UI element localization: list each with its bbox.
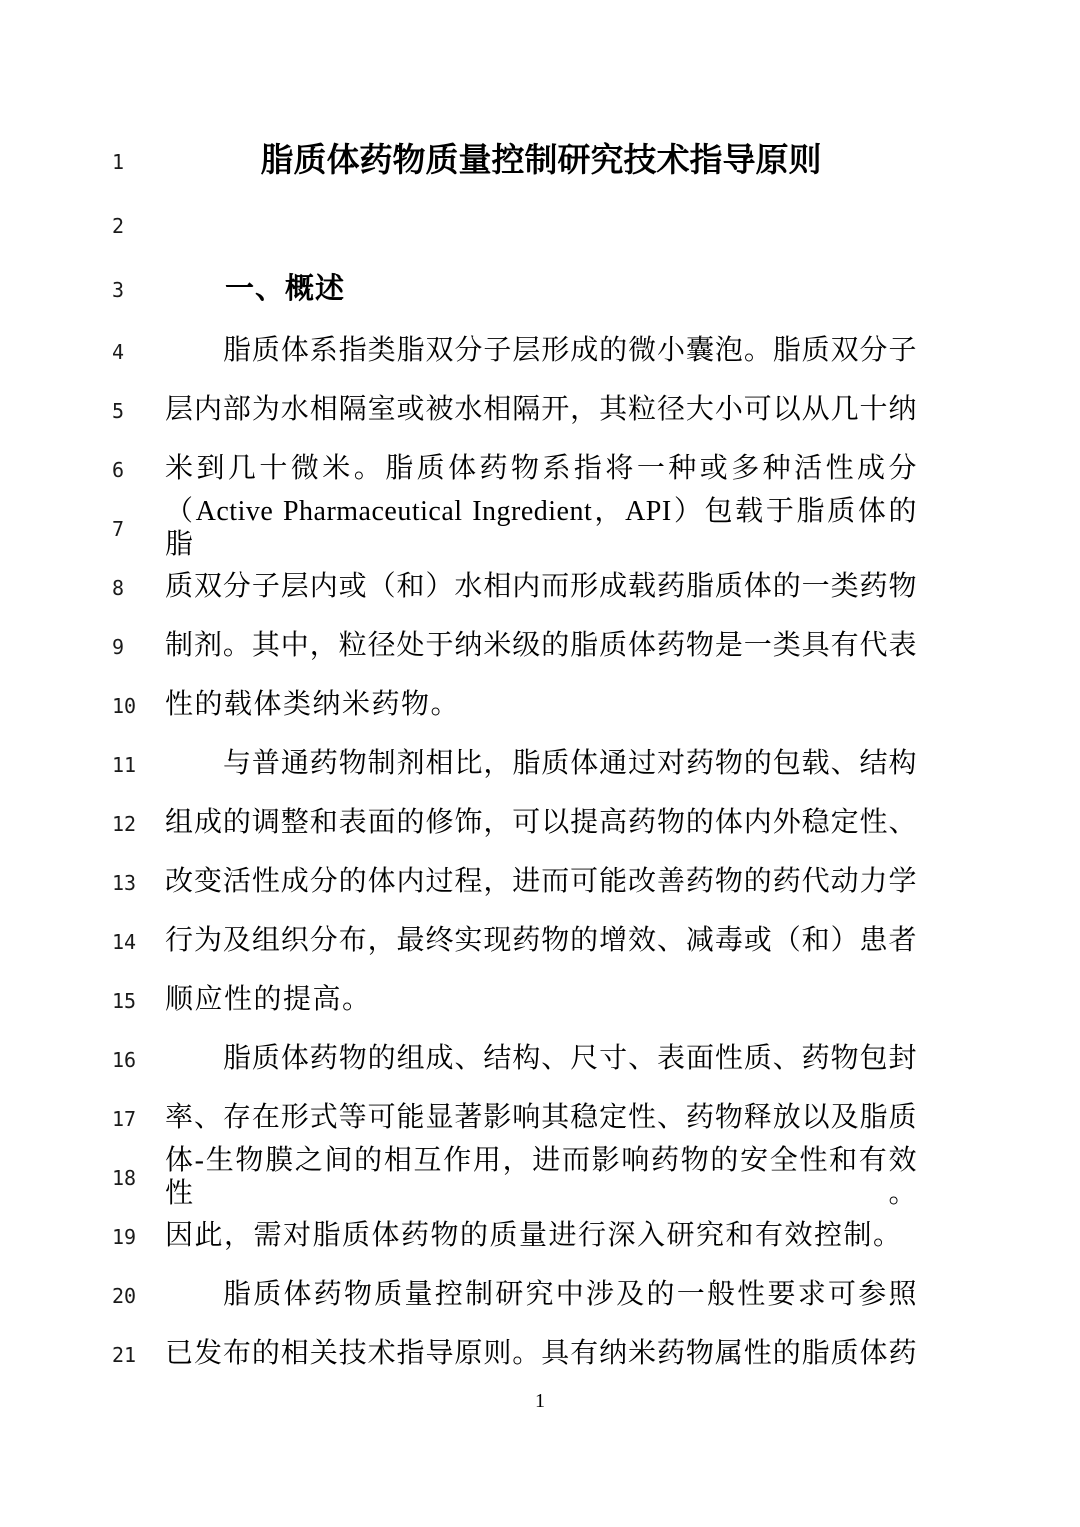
line-text: 体-生物膜之间的相互作用，进而影响药物的安全性和有效性。 — [165, 1145, 917, 1209]
line-text: 行为及组织分布，最终实现药物的增效、减毒或（和）患者 — [165, 925, 917, 957]
line-row-5: 5 层内部为水相隔室或被水相隔开，其粒径大小可以从几十纳 — [0, 381, 1080, 440]
line-row-12: 12 组成的调整和表面的修饰，可以提高药物的体内外稳定性、 — [0, 794, 1080, 853]
line-number: 17 — [0, 1109, 165, 1129]
line-row-20: 20 脂质体药物质量控制研究中涉及的一般性要求可参照 — [0, 1266, 1080, 1325]
line-row-10: 10 性的载体类纳米药物。 — [0, 676, 1080, 735]
line-number: 21 — [0, 1345, 165, 1365]
line-text: 因此，需对脂质体药物的质量进行深入研究和有效控制。 — [165, 1220, 917, 1252]
line-text: 脂质体药物的组成、结构、尺寸、表面性质、药物包封 — [165, 1043, 917, 1075]
line-number: 18 — [0, 1168, 165, 1188]
line-row-3: 3 一、概述 — [0, 258, 1080, 322]
line-number: 11 — [0, 755, 165, 775]
line-number: 10 — [0, 696, 165, 716]
line-text: 率、存在形式等可能显著影响其稳定性、药物释放以及脂质 — [165, 1102, 917, 1134]
page-number: 1 — [0, 1390, 1080, 1413]
line-number: 19 — [0, 1227, 165, 1247]
line-row-15: 15 顺应性的提高。 — [0, 971, 1080, 1030]
line-number: 9 — [0, 637, 165, 657]
line-number: 20 — [0, 1286, 165, 1306]
document-title: 脂质体药物质量控制研究技术指导原则 — [165, 143, 917, 181]
line-text: 性的载体类纳米药物。 — [165, 689, 917, 721]
line-row-8: 8 质双分子层内或（和）水相内而形成载药脂质体的一类药物 — [0, 558, 1080, 617]
line-text: 改变活性成分的体内过程，进而可能改善药物的药代动力学 — [165, 866, 917, 898]
line-number: 2 — [0, 216, 165, 236]
line-text: 制剂。其中，粒径处于纳米级的脂质体药物是一类具有代表 — [165, 630, 917, 662]
document-page: 1 脂质体药物质量控制研究技术指导原则 2 3 一、概述 4 脂质体系指类脂双分… — [0, 0, 1080, 1527]
line-row-18: 18 体-生物膜之间的相互作用，进而影响药物的安全性和有效性。 — [0, 1148, 1080, 1207]
line-row-11: 11 与普通药物制剂相比，脂质体通过对药物的包载、结构 — [0, 735, 1080, 794]
line-text: 米到几十微米。脂质体药物系指将一种或多种活性成分 — [165, 453, 917, 485]
line-text: 脂质体系指类脂双分子层形成的微小囊泡。脂质双分子 — [165, 335, 917, 367]
line-row-7: 7 （Active Pharmaceutical Ingredient，API）… — [0, 499, 1080, 558]
line-number: 12 — [0, 814, 165, 834]
line-number: 6 — [0, 460, 165, 480]
line-row-21: 21 已发布的相关技术指导原则。具有纳米药物属性的脂质体药 — [0, 1325, 1080, 1384]
line-text: 层内部为水相隔室或被水相隔开，其粒径大小可以从几十纳 — [165, 394, 917, 426]
line-text: 顺应性的提高。 — [165, 984, 917, 1016]
line-row-4: 4 脂质体系指类脂双分子层形成的微小囊泡。脂质双分子 — [0, 322, 1080, 381]
section-heading-overview: 一、概述 — [165, 273, 917, 306]
line-number: 13 — [0, 873, 165, 893]
line-text: 组成的调整和表面的修饰，可以提高药物的体内外稳定性、 — [165, 807, 917, 839]
line-row-6: 6 米到几十微米。脂质体药物系指将一种或多种活性成分 — [0, 440, 1080, 499]
line-row-14: 14 行为及组织分布，最终实现药物的增效、减毒或（和）患者 — [0, 912, 1080, 971]
document-body: 1 脂质体药物质量控制研究技术指导原则 2 3 一、概述 4 脂质体系指类脂双分… — [0, 130, 1080, 1384]
line-row-2: 2 — [0, 194, 1080, 258]
line-number: 15 — [0, 991, 165, 1011]
line-number: 5 — [0, 401, 165, 421]
line-number: 7 — [0, 519, 165, 539]
line-text: 与普通药物制剂相比，脂质体通过对药物的包载、结构 — [165, 748, 917, 780]
line-text: 已发布的相关技术指导原则。具有纳米药物属性的脂质体药 — [165, 1338, 917, 1370]
line-number: 1 — [0, 152, 165, 172]
line-row-13: 13 改变活性成分的体内过程，进而可能改善药物的药代动力学 — [0, 853, 1080, 912]
line-number: 4 — [0, 342, 165, 362]
line-text: 脂质体药物质量控制研究中涉及的一般性要求可参照 — [165, 1279, 917, 1311]
line-row-1: 1 脂质体药物质量控制研究技术指导原则 — [0, 130, 1080, 194]
line-row-19: 19 因此，需对脂质体药物的质量进行深入研究和有效控制。 — [0, 1207, 1080, 1266]
line-row-9: 9 制剂。其中，粒径处于纳米级的脂质体药物是一类具有代表 — [0, 617, 1080, 676]
line-text: 质双分子层内或（和）水相内而形成载药脂质体的一类药物 — [165, 571, 917, 603]
line-number: 3 — [0, 280, 165, 300]
line-number: 16 — [0, 1050, 165, 1070]
line-number: 14 — [0, 932, 165, 952]
line-row-17: 17 率、存在形式等可能显著影响其稳定性、药物释放以及脂质 — [0, 1089, 1080, 1148]
line-text: （Active Pharmaceutical Ingredient，API）包载… — [165, 496, 917, 560]
line-row-16: 16 脂质体药物的组成、结构、尺寸、表面性质、药物包封 — [0, 1030, 1080, 1089]
line-number: 8 — [0, 578, 165, 598]
